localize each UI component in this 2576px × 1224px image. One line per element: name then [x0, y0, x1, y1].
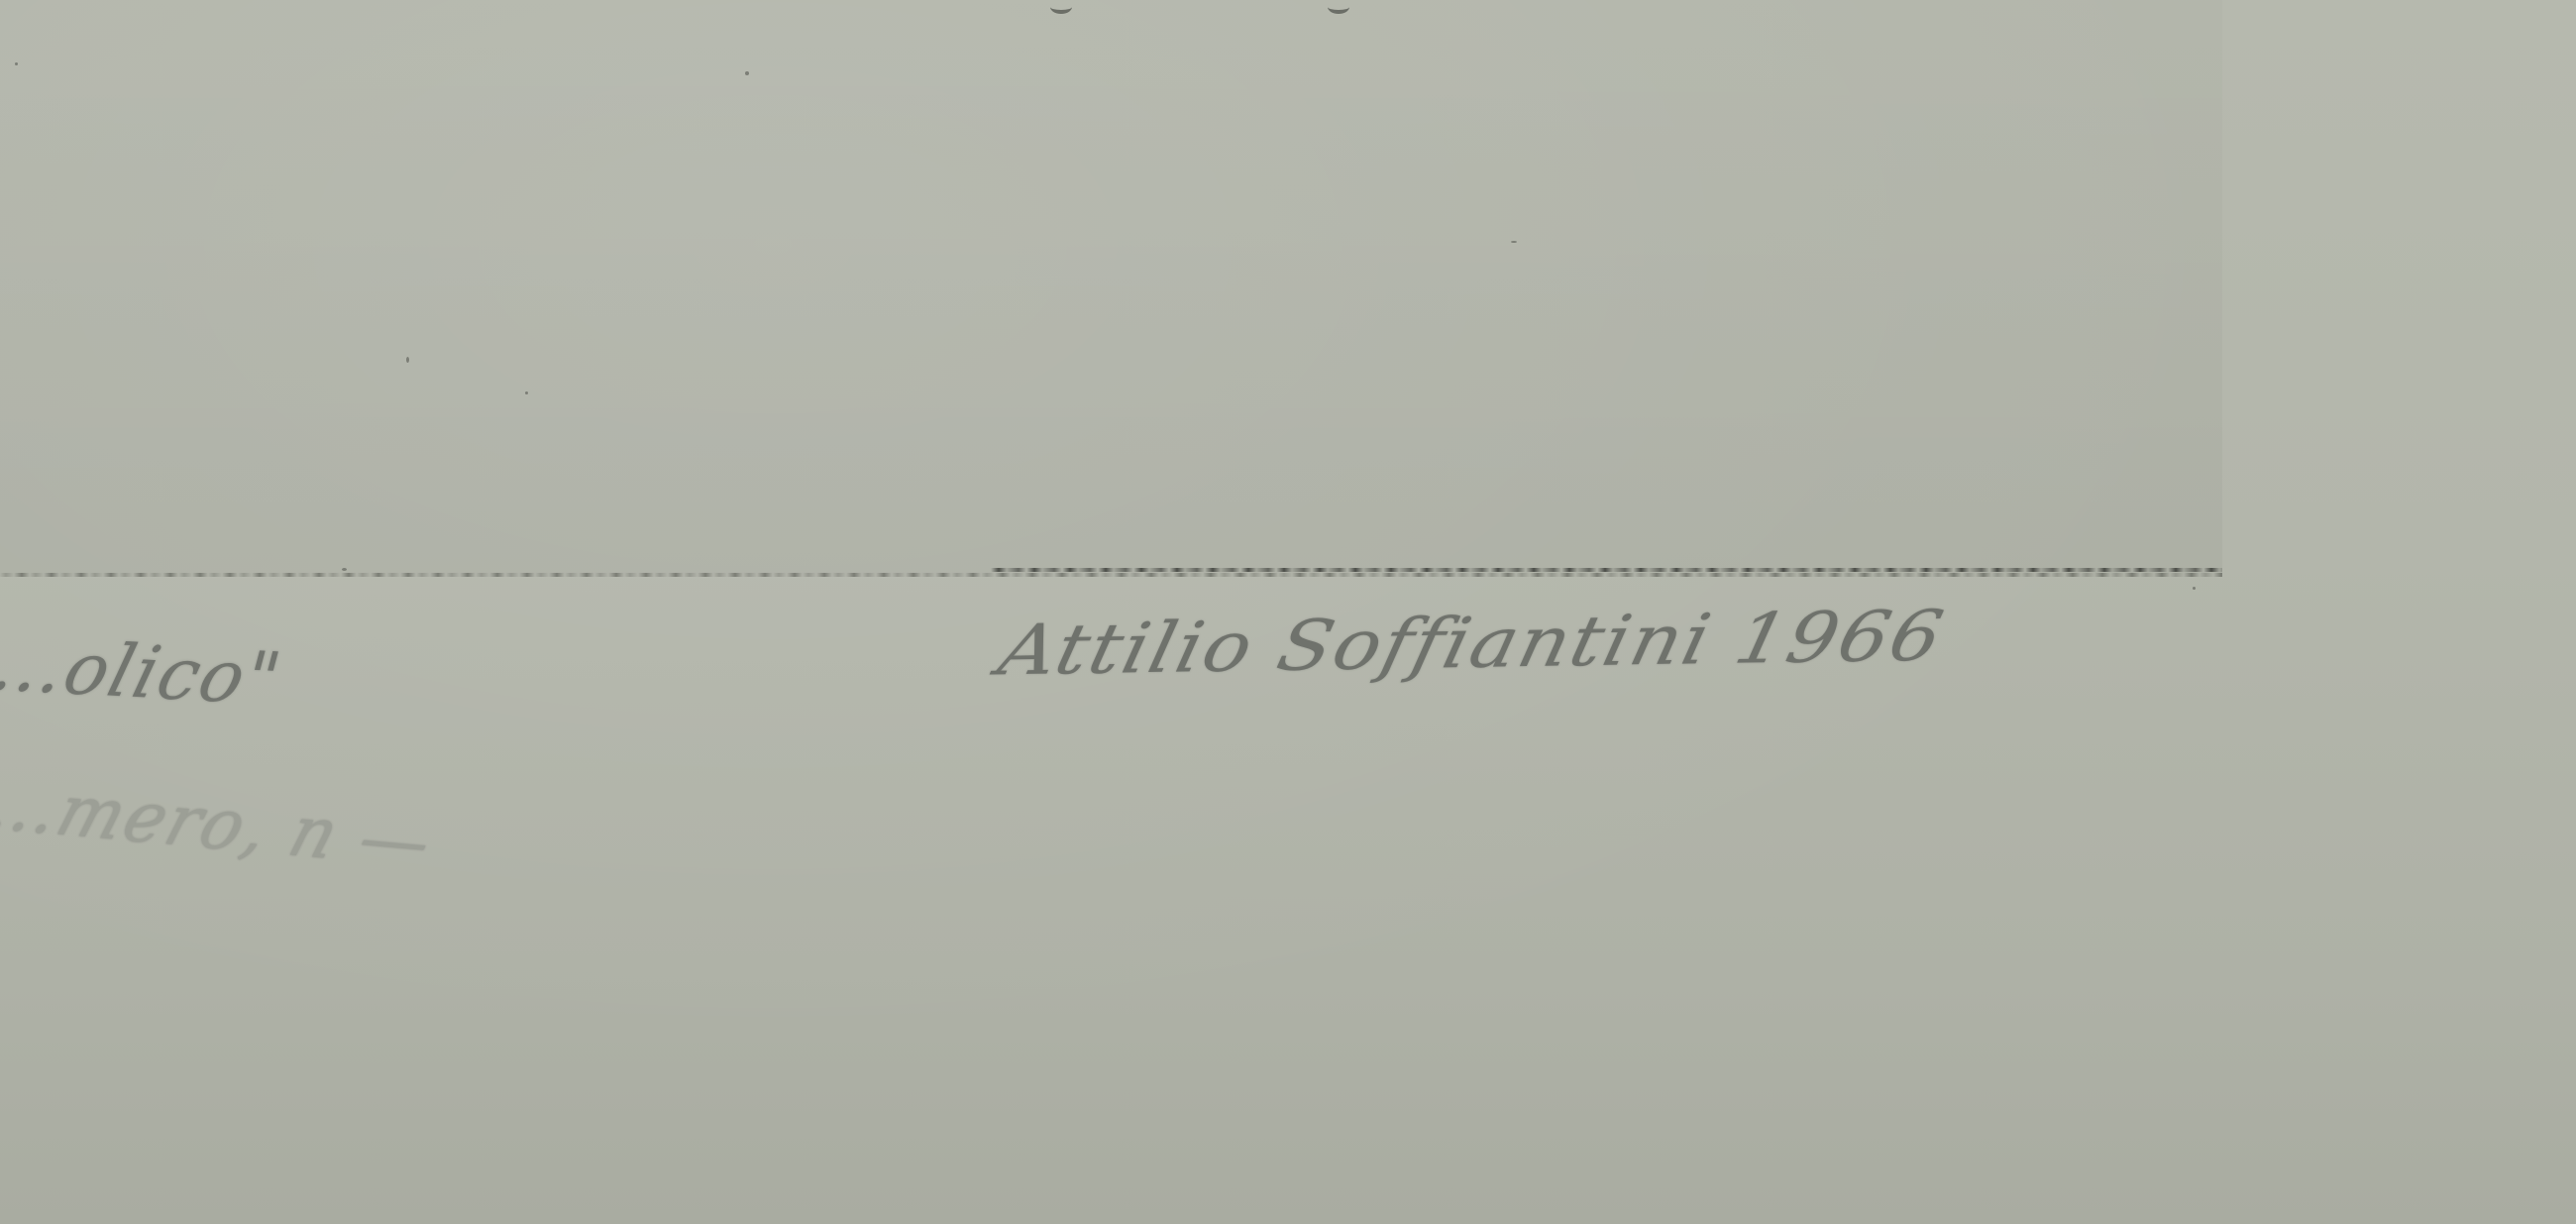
artist-signature: Attilio Soffiantini 1966: [992, 597, 1952, 692]
plate-mark-line-dark: [991, 568, 2222, 572]
image-edge-stroke: [1050, 0, 1072, 14]
paper-speck: [745, 71, 749, 75]
paper-speck: [2193, 587, 2196, 590]
paper-speck: [406, 357, 409, 363]
paper-speck: [342, 568, 347, 571]
plate-mark-line: [0, 573, 2222, 577]
plate-image-area: [0, 0, 2222, 577]
paper-speck: [1511, 241, 1517, 243]
paper-speck: [525, 391, 528, 394]
paper-speck: [15, 62, 18, 65]
image-edge-stroke: [1328, 0, 1349, 14]
title-inscription: …olico": [0, 622, 291, 721]
